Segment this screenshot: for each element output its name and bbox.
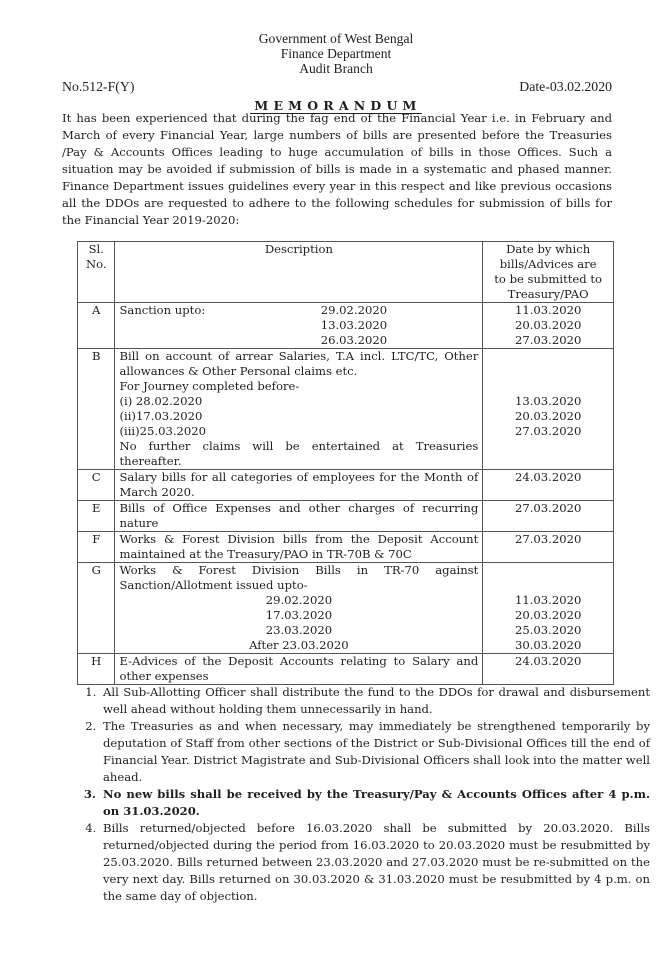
- govt-name: Government of West Bengal: [0, 31, 672, 46]
- row-sl: G: [78, 563, 115, 654]
- row-date: 27.03.2020: [483, 532, 614, 563]
- table-row: A Sanction upto: 29.02.2020 13.03.2020 2…: [78, 303, 614, 349]
- table-row: B Bill on account of arrear Salaries, T.…: [78, 349, 614, 470]
- header-sl-no: Sl. No.: [78, 242, 115, 303]
- header-description: Description: [115, 242, 483, 303]
- branch-name: Audit Branch: [0, 61, 672, 76]
- table-row: G Works & Forest Division Bills in TR-70…: [78, 563, 614, 654]
- row-date: 11.03.2020 20.03.2020 25.03.2020 30.03.2…: [483, 563, 614, 654]
- table-row: H E-Advices of the Deposit Accounts rela…: [78, 654, 614, 685]
- instruction-item: All Sub-Allotting Officer shall distribu…: [100, 684, 650, 718]
- memo-date: Date-03.02.2020: [519, 79, 612, 95]
- row-date: 13.03.2020 20.03.2020 27.03.2020: [483, 349, 614, 470]
- schedule-table: Sl. No. Description Date by which bills/…: [77, 241, 614, 685]
- row-sl: E: [78, 501, 115, 532]
- department-name: Finance Department: [0, 46, 672, 61]
- table-header-row: Sl. No. Description Date by which bills/…: [78, 242, 614, 303]
- row-date: 24.03.2020: [483, 470, 614, 501]
- instruction-item: Bills returned/objected before 16.03.202…: [100, 820, 650, 905]
- memo-number: No.512-F(Y): [62, 79, 134, 95]
- intro-paragraph: It has been experienced that during the …: [62, 110, 612, 229]
- row-description: E-Advices of the Deposit Accounts relati…: [115, 654, 483, 685]
- row-description: Sanction upto: 29.02.2020 13.03.2020 26.…: [115, 303, 483, 349]
- row-description: Works & Forest Division bills from the D…: [115, 532, 483, 563]
- row-date: 27.03.2020: [483, 501, 614, 532]
- table-row: F Works & Forest Division bills from the…: [78, 532, 614, 563]
- row-sl: B: [78, 349, 115, 470]
- memorandum-page: Government of West Bengal Finance Depart…: [0, 0, 672, 954]
- instruction-item: The Treasuries as and when necessary, ma…: [100, 718, 650, 786]
- row-sl: H: [78, 654, 115, 685]
- row-description: Bill on account of arrear Salaries, T.A …: [115, 349, 483, 470]
- row-description: Works & Forest Division Bills in TR-70 a…: [115, 563, 483, 654]
- row-date: 11.03.2020 20.03.2020 27.03.2020: [483, 303, 614, 349]
- instruction-item-bold: No new bills shall be received by the Tr…: [100, 786, 650, 820]
- table-row: C Salary bills for all categories of emp…: [78, 470, 614, 501]
- row-date: 24.03.2020: [483, 654, 614, 685]
- table-row: E Bills of Office Expenses and other cha…: [78, 501, 614, 532]
- row-description: Salary bills for all categories of emplo…: [115, 470, 483, 501]
- row-sl: F: [78, 532, 115, 563]
- row-description: Bills of Office Expenses and other charg…: [115, 501, 483, 532]
- row-sl: C: [78, 470, 115, 501]
- header-date: Date by which bills/Advices are to be su…: [483, 242, 614, 303]
- row-sl: A: [78, 303, 115, 349]
- instructions-list: All Sub-Allotting Officer shall distribu…: [62, 684, 650, 905]
